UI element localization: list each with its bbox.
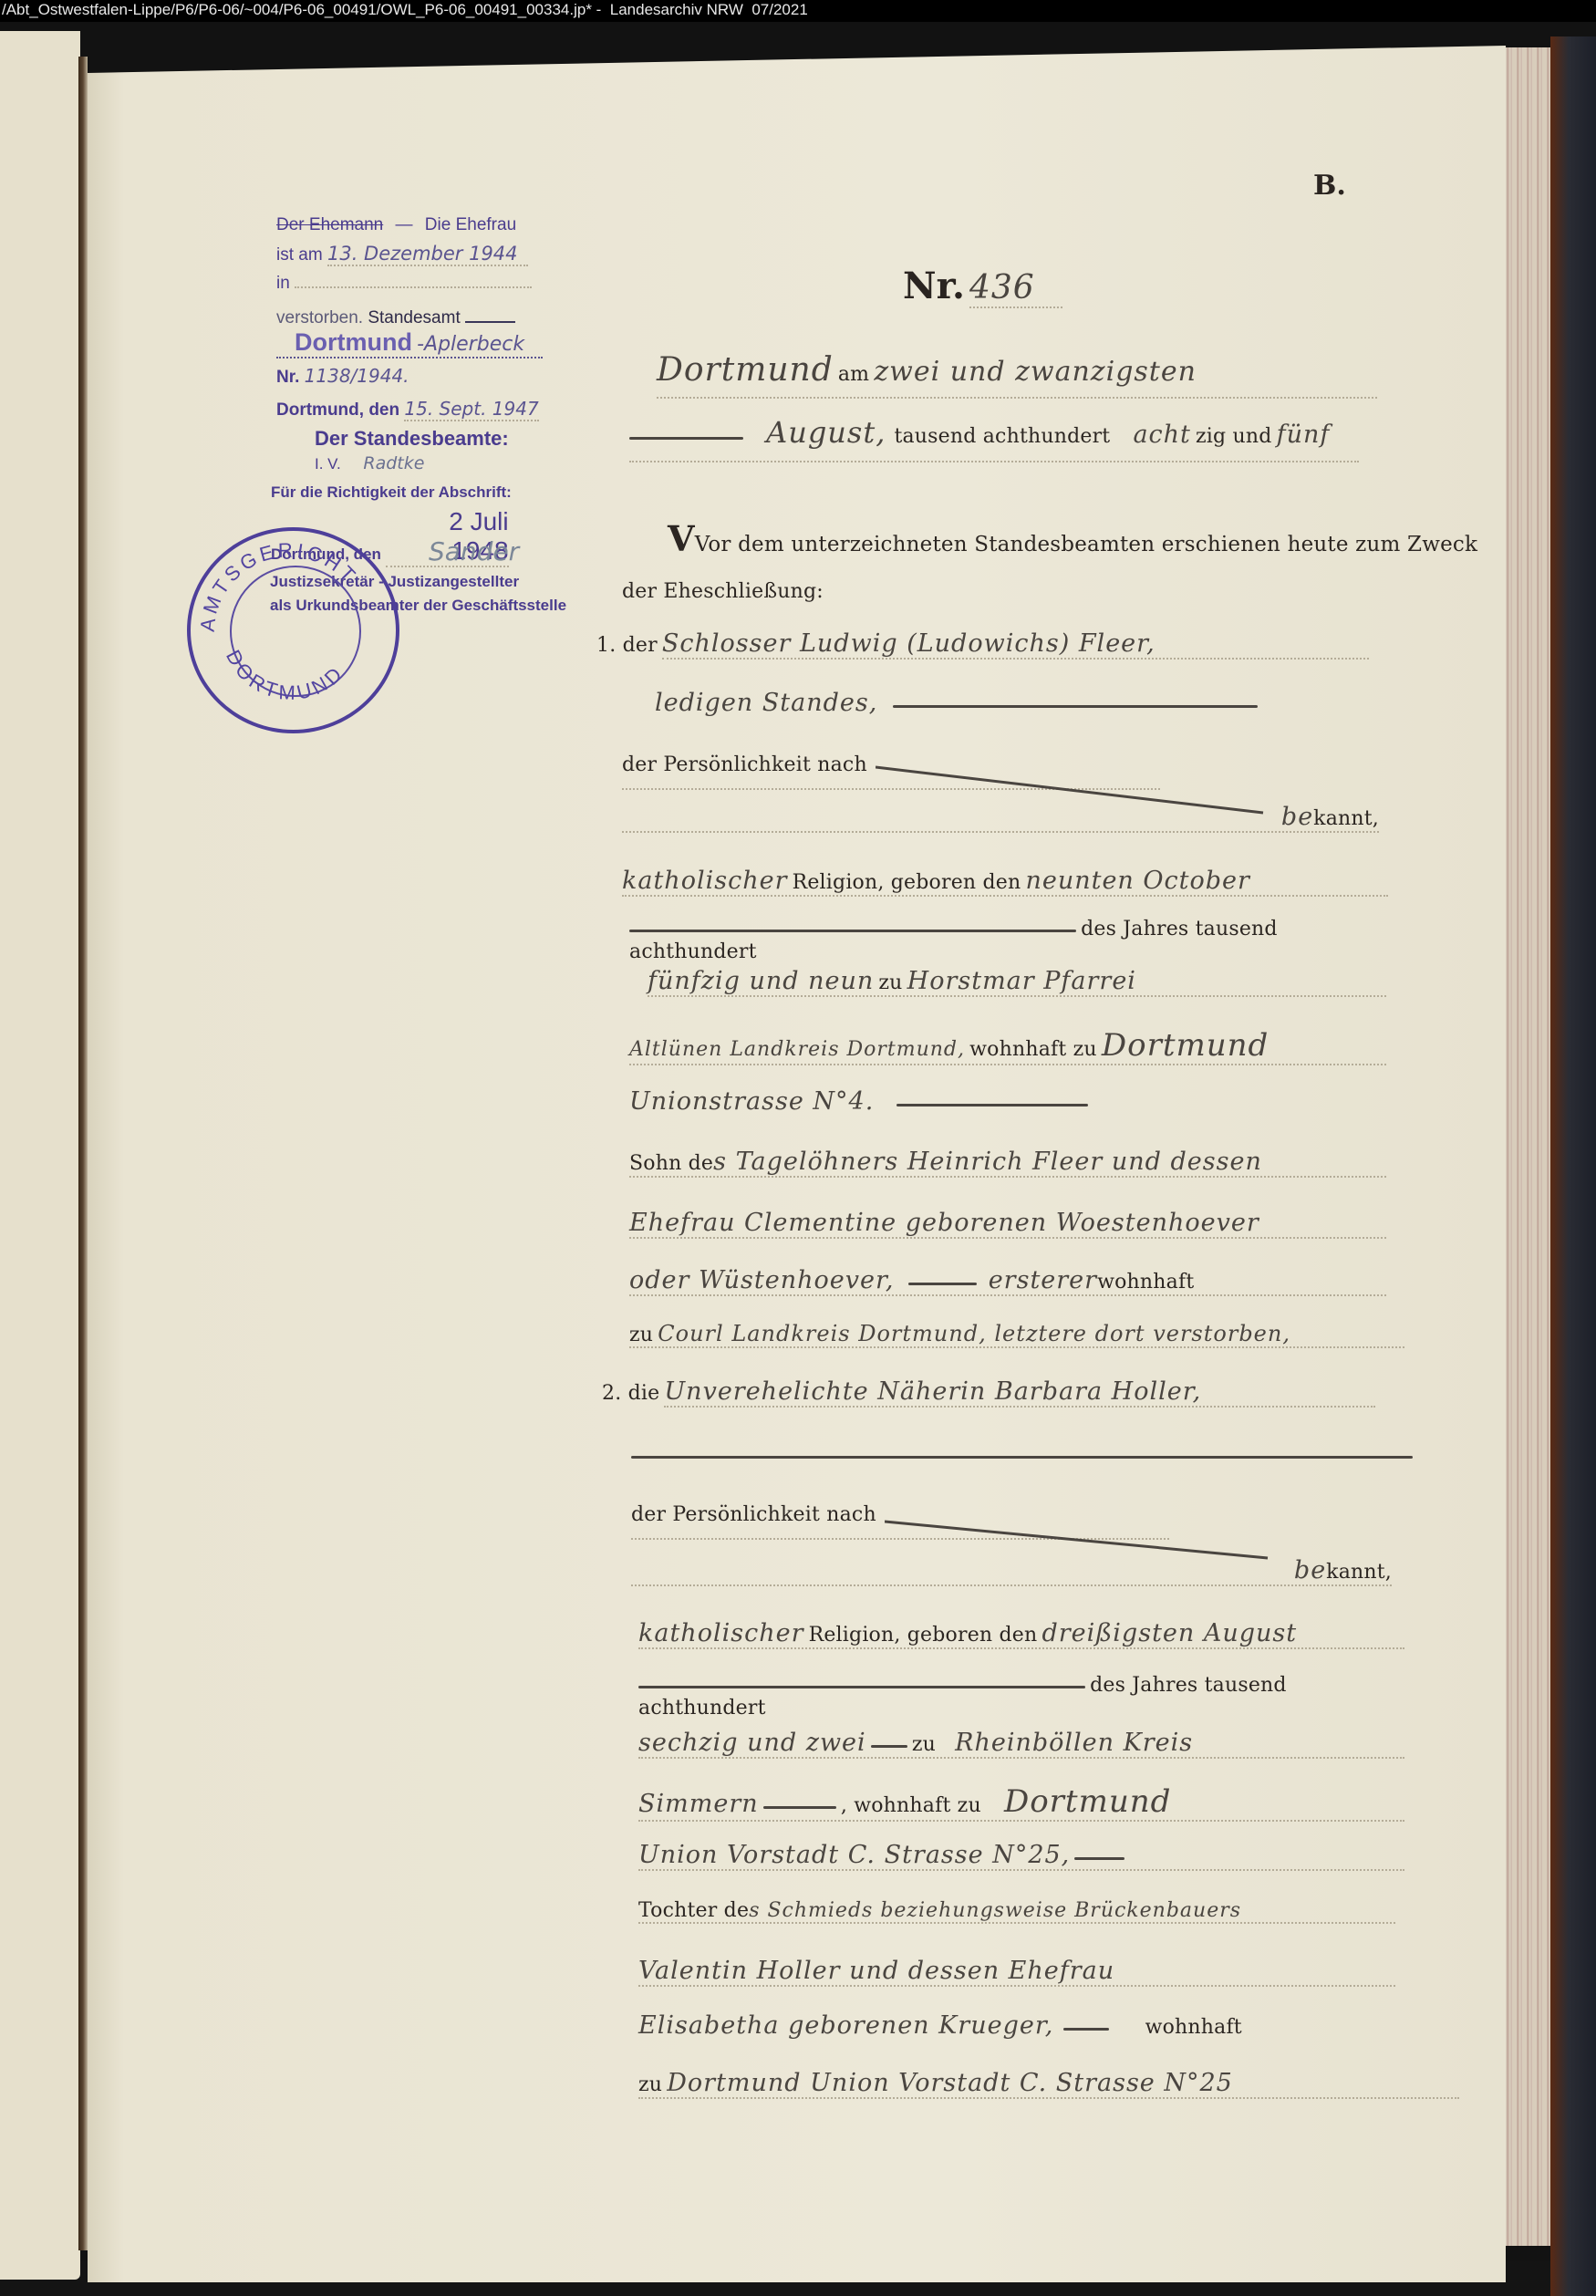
intro-text-2: der Eheschließung: <box>622 580 824 603</box>
svg-text:DORTMUND: DORTMUND <box>222 646 348 704</box>
bride-religion-print: Religion, geboren den <box>809 1624 1038 1647</box>
registry-label: Standesamt <box>368 308 460 327</box>
groom-birth-place-2: Altlünen Landkreis Dortmund, <box>629 1038 965 1061</box>
registry-district: -Aplerbeck <box>417 333 524 356</box>
print-year: tausend achthundert <box>894 425 1110 448</box>
groom-number-label: 1. der <box>596 634 658 657</box>
dash: — <box>396 215 413 234</box>
groom-mother-line-2: oder Wüstenhoever, erstererwohnhaft <box>629 1266 1386 1296</box>
groom-mother: Ehefrau Clementine geborenen Woestenhoev… <box>629 1209 1259 1237</box>
bride-name-line: 2. die Unverehelichte Näherin Barbara Ho… <box>602 1377 1404 1408</box>
bride-name: Unverehelichte Näherin Barbara Holler, <box>664 1377 1375 1408</box>
bride-mother: Elisabetha geborenen Krueger, <box>638 2011 1053 2040</box>
book-gutter <box>78 57 88 2250</box>
copy-signature: Sander <box>429 536 519 566</box>
groom-status-line: ledigen Standes, <box>655 689 1384 717</box>
groom-identity-label: der Persönlichkeit nach <box>622 753 867 776</box>
groom-residence: Dortmund <box>1102 1027 1269 1064</box>
groom-birth-place-line: Altlünen Landkreis Dortmund, wohnhaft zu… <box>629 1027 1386 1065</box>
archive-path-caption: /Abt_Ostwestfalen-Lippe/P6/P6-06/~004/P6… <box>0 0 1596 22</box>
bride-birth-place: Rheinböllen Kreis <box>955 1729 1193 1757</box>
daughter-label: Tochter de <box>638 1899 749 1922</box>
bride-zu-print: zu <box>638 2073 662 2096</box>
left-page-fragment <box>0 31 80 2280</box>
bride-birth-place-line: Simmern , wohnhaft zu Dortmund <box>638 1783 1404 1822</box>
hand-unit: fünf <box>1277 421 1331 449</box>
svg-text:AMTSGERICHT: AMTSGERICHT <box>196 538 363 632</box>
groom-street-line: Unionstrasse N°4. <box>629 1087 1414 1116</box>
registrar-title: Der Standesbeamte: <box>315 427 509 451</box>
groom-residence-print: wohnhaft zu <box>969 1038 1097 1061</box>
registry-number: 1138/1944. <box>305 365 409 387</box>
groom-birth-line: fünfzig und neun zu Horstmar Pfarrei <box>648 967 1386 997</box>
bride-birth-day: dreißigsten August <box>1042 1619 1297 1647</box>
struck-husband: Der Ehemann <box>276 215 383 234</box>
bride-father-line-2: Valentin Holler und dessen Ehefrau <box>638 1957 1395 1987</box>
groom-father: s Tagelöhners Heinrich Fleer und dessen <box>713 1148 1262 1176</box>
hand-day: zwei und zwanzigsten <box>874 356 1197 388</box>
bride-year-line: des Jahres tausend achthundert <box>638 1674 1404 1719</box>
iv-signature: Radtke <box>363 453 424 473</box>
bride-number-label: 2. die <box>602 1382 659 1405</box>
intro-line: Vor dem unterzeichneten Standesbeamten e… <box>695 533 1477 556</box>
groom-known-hand: be <box>1281 803 1313 831</box>
bride-wohnhaft-print: wohnhaft <box>1145 2016 1242 2039</box>
wohnhaft-print: wohnhaft <box>1097 1271 1194 1293</box>
registry-city: Dortmund <box>295 328 412 356</box>
groom-birth-place: Horstmar Pfarrei <box>907 967 1136 995</box>
groom-religion: katholischer <box>622 867 787 895</box>
groom-religion-line: katholischer Religion, geboren den neunt… <box>622 867 1388 897</box>
seal-top-text: AMTSGERICHT <box>196 538 363 632</box>
zu-print: zu <box>629 1324 653 1346</box>
groom-birth-day: neunten October <box>1025 867 1249 895</box>
hand-month: August, <box>766 415 886 450</box>
groom-religion-print: Religion, geboren den <box>793 871 1021 894</box>
place-date-label: Dortmund, den <box>276 400 399 420</box>
died-label: verstorben. <box>276 308 363 327</box>
bride-mother-line: Elisabetha geborenen Krueger, wohnhaft <box>638 2011 1404 2040</box>
bride-father-2: Valentin Holler und dessen Ehefrau <box>638 1957 1114 1985</box>
groom-street: Unionstrasse N°4. <box>629 1087 874 1116</box>
line-place-date: Dortmund am zwei und zwanzigsten <box>657 351 1377 399</box>
bride-zu: zu <box>912 1733 936 1756</box>
book-binding <box>1550 36 1596 2296</box>
groom-parents-residence-line: zu Courl Landkreis Dortmund, letztere do… <box>629 1321 1404 1348</box>
seal-bottom-text: DORTMUND <box>222 646 348 704</box>
groom-known-print: kannt, <box>1313 807 1379 830</box>
groom-parents-residence: Courl Landkreis Dortmund, letztere dort … <box>658 1321 1290 1346</box>
bride-residence-print: , wohnhaft zu <box>841 1794 981 1817</box>
record-number: Nr. 436 <box>903 265 1062 307</box>
line-month-year: August, tausend achthundert acht zig und… <box>629 415 1359 462</box>
intro-text: VVor dem unterzeichneten Standesbeamten … <box>668 518 1477 559</box>
son-label: Sohn de <box>629 1152 713 1175</box>
groom-year-line: des Jahres tausend achthundert <box>629 918 1386 963</box>
wife-label: Die Ehefrau <box>425 215 516 234</box>
bride-religion-line: katholischer Religion, geboren den dreiß… <box>638 1619 1404 1649</box>
bride-birth-year: sechzig und zwei <box>638 1729 866 1757</box>
record-number-value: 436 <box>969 269 1062 308</box>
groom-zu: zu <box>878 971 902 994</box>
bride-known-print: kannt, <box>1326 1561 1392 1584</box>
bride-street: Union Vorstadt C. Strasse N°25, <box>638 1841 1070 1869</box>
court-seal: AMTSGERICHT DORTMUND <box>187 527 399 733</box>
in-label: in <box>276 274 290 293</box>
record-number-label: Nr. <box>903 265 965 307</box>
groom-mother-line: Ehefrau Clementine geborenen Woestenhoev… <box>629 1209 1386 1239</box>
print-zig: zig und <box>1196 425 1272 448</box>
bride-known-line: bekannt, <box>631 1556 1392 1586</box>
groom-status: ledigen Standes, <box>655 689 877 717</box>
bride-religion: katholischer <box>638 1619 803 1647</box>
groom-name-line: 1. der Schlosser Ludwig (Ludowichs) Flee… <box>596 629 1381 660</box>
groom-mother-2: oder Wüstenhoever, <box>629 1266 895 1294</box>
groom-year-print: des Jahres tausend achthundert <box>629 918 1278 963</box>
print-am: am <box>838 363 869 386</box>
bride-identity-label: der Persönlichkeit nach <box>631 1503 876 1526</box>
groom-known-line: bekannt, <box>622 803 1379 833</box>
copy-certification: Für die Richtigkeit der Abschrift: <box>271 483 512 502</box>
hand-decade: acht <box>1133 421 1190 449</box>
groom-name: Schlosser Ludwig (Ludowichs) Fleer, <box>662 629 1369 660</box>
first-hand: ersterer <box>989 1266 1097 1294</box>
death-date: 13. Dezember 1944 <box>327 243 528 266</box>
died-on-label: ist am <box>276 245 323 265</box>
bride-known-hand: be <box>1294 1556 1326 1584</box>
bride-birth-place-2: Simmern <box>638 1790 759 1818</box>
iv-label: I. V. <box>315 455 341 473</box>
bride-father: s Schmieds beziehungsweise Brückenbauers <box>749 1899 1241 1922</box>
bride-street-line: Union Vorstadt C. Strasse N°25, <box>638 1841 1404 1871</box>
corner-letter: B. <box>1313 170 1346 202</box>
bride-parents-residence: Dortmund Union Vorstadt C. Strasse N°25 <box>667 2069 1233 2097</box>
bride-birth-line: sechzig und zwei zu Rheinböllen Kreis <box>638 1729 1404 1759</box>
bride-father-line: Tochter des Schmieds beziehungsweise Brü… <box>638 1899 1395 1924</box>
bride-parents-residence-line: zu Dortmund Union Vorstadt C. Strasse N°… <box>638 2069 1459 2099</box>
groom-birth-year: fünfzig und neun <box>648 967 874 995</box>
bride-year-print: des Jahres tausend achthundert <box>638 1674 1287 1719</box>
annotation-date: 15. Sept. 1947 <box>404 398 538 421</box>
nr-label: Nr. <box>276 368 299 387</box>
groom-father-line: Sohn des Tagelöhners Heinrich Fleer und … <box>629 1148 1386 1178</box>
bride-blank-line <box>631 1456 1413 1459</box>
bride-residence: Dortmund <box>1004 1783 1171 1820</box>
hand-place: Dortmund <box>657 351 834 389</box>
